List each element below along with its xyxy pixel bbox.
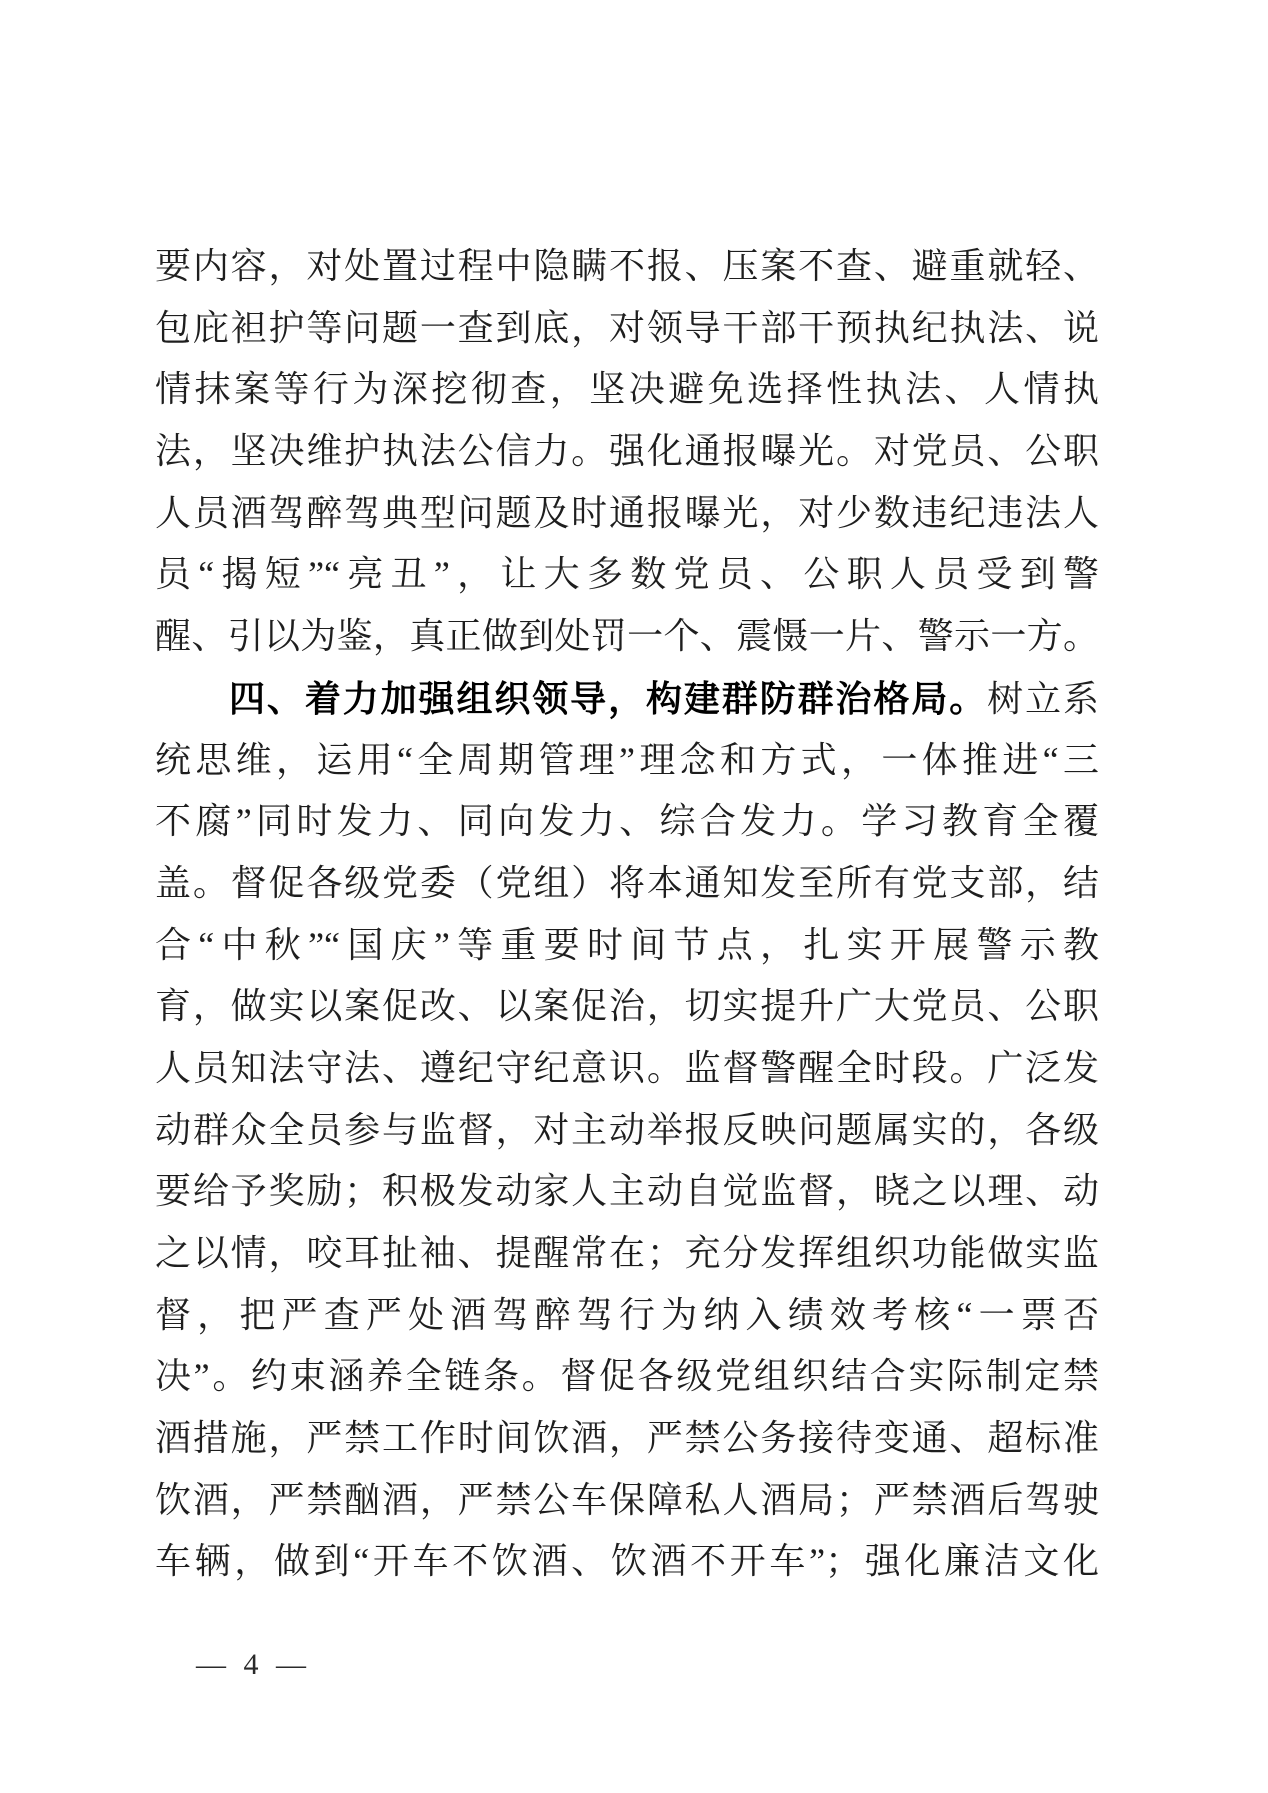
text-line-19: 决”。约束涵养全链条。督促各级党组织结合实际制定禁	[155, 1346, 1099, 1408]
body-text: 车辆，做到“开车不饮酒、饮酒不开车”；强化廉洁文化	[155, 1541, 1099, 1581]
body-text: 人员酒驾醉驾典型问题及时通报曝光，对少数违纪违法人	[155, 493, 1099, 533]
body-text: 育，做实以案促改、以案促治，切实提升广大党员、公职	[155, 986, 1099, 1026]
text-line-21: 饮酒，严禁酗酒，严禁公车保障私人酒局；严禁酒后驾驶	[155, 1470, 1099, 1532]
text-line-20: 酒措施，严禁工作时间饮酒，严禁公务接待变通、超标准	[155, 1408, 1099, 1470]
text-line-17: 之以情，咬耳扯袖、提醒常在；充分发挥组织功能做实监	[155, 1223, 1099, 1285]
body-text: 包庇袒护等问题一查到底，对领导干部干预执纪执法、说	[155, 308, 1099, 348]
text-line-10: 不腐”同时发力、同向发力、综合发力。学习教育全覆	[155, 791, 1099, 853]
document-page: 要内容，对处置过程中隐瞒不报、压案不查、避重就轻、包庇袒护等问题一查到底，对领导…	[0, 0, 1268, 1793]
body-text: 酒措施，严禁工作时间饮酒，严禁公务接待变通、超标准	[155, 1418, 1099, 1458]
text-line-15: 动群众全员参与监督，对主动举报反映问题属实的，各级	[155, 1100, 1099, 1162]
text-line-9: 统思维，运用“全周期管理”理念和方式，一体推进“三	[155, 730, 1099, 792]
text-line-22: 车辆，做到“开车不饮酒、饮酒不开车”；强化廉洁文化	[155, 1531, 1099, 1593]
body-text: 之以情，咬耳扯袖、提醒常在；充分发挥组织功能做实监	[155, 1233, 1099, 1273]
text-line-16: 要给予奖励；积极发动家人主动自觉监督，晓之以理、动	[155, 1161, 1099, 1223]
body-text: 不腐”同时发力、同向发力、综合发力。学习教育全覆	[155, 801, 1099, 841]
text-line-12: 合“中秋”“国庆”等重要时间节点，扎实开展警示教	[155, 915, 1099, 977]
text-line-13: 育，做实以案促改、以案促治，切实提升广大党员、公职	[155, 976, 1099, 1038]
body-text: 饮酒，严禁酗酒，严禁公车保障私人酒局；严禁酒后驾驶	[155, 1480, 1099, 1520]
body-text: 要内容，对处置过程中隐瞒不报、压案不查、避重就轻、	[155, 246, 1099, 286]
body-text: 统思维，运用“全周期管理”理念和方式，一体推进“三	[155, 740, 1099, 780]
text-line-7: 醒、引以为鉴，真正做到处罚一个、震慑一片、警示一方。	[155, 606, 1099, 668]
text-line-1: 要内容，对处置过程中隐瞒不报、压案不查、避重就轻、	[155, 236, 1099, 298]
body-text: 情抹案等行为深挖彻查，坚决避免选择性执法、人情执	[155, 369, 1099, 409]
text-line-18: 督，把严查严处酒驾醉驾行为纳入绩效考核“一票否	[155, 1285, 1099, 1347]
text-line-14: 人员知法守法、遵纪守纪意识。监督警醒全时段。广泛发	[155, 1038, 1099, 1100]
body-text: 醒、引以为鉴，真正做到处罚一个、震慑一片、警示一方。	[155, 616, 1099, 656]
text-line-11: 盖。督促各级党委（党组）将本通知发至所有党支部，结	[155, 853, 1099, 915]
body-text: 决”。约束涵养全链条。督促各级党组织结合实际制定禁	[155, 1356, 1099, 1396]
text-line-2: 包庇袒护等问题一查到底，对领导干部干预执纪执法、说	[155, 298, 1099, 360]
text-line-6: 员“揭短”“亮丑”，让大多数党员、公职人员受到警	[155, 544, 1099, 606]
heading-text: 四、着力加强组织领导，构建群防群治格局。	[229, 678, 987, 719]
text-line-5: 人员酒驾醉驾典型问题及时通报曝光，对少数违纪违法人	[155, 483, 1099, 545]
body-text: 督，把严查严处酒驾醉驾行为纳入绩效考核“一票否	[155, 1295, 1099, 1335]
body-text: 要给予奖励；积极发动家人主动自觉监督，晓之以理、动	[155, 1171, 1099, 1211]
body-text: 法，坚决维护执法公信力。强化通报曝光。对党员、公职	[155, 431, 1099, 471]
body-text: 合“中秋”“国庆”等重要时间节点，扎实开展警示教	[155, 925, 1099, 965]
text-line-4: 法，坚决维护执法公信力。强化通报曝光。对党员、公职	[155, 421, 1099, 483]
text-line-8: 四、着力加强组织领导，构建群防群治格局。树立系	[155, 668, 1099, 730]
body-text: 动群众全员参与监督，对主动举报反映问题属实的，各级	[155, 1110, 1099, 1150]
body-text: 树立系	[987, 679, 1099, 719]
document-body: 要内容，对处置过程中隐瞒不报、压案不查、避重就轻、包庇袒护等问题一查到底，对领导…	[155, 236, 1099, 1593]
body-text: 员“揭短”“亮丑”，让大多数党员、公职人员受到警	[155, 554, 1099, 594]
body-text: 盖。督促各级党委（党组）将本通知发至所有党支部，结	[155, 863, 1099, 903]
page-number: — 4 —	[196, 1645, 311, 1685]
text-line-3: 情抹案等行为深挖彻查，坚决避免选择性执法、人情执	[155, 359, 1099, 421]
body-text: 人员知法守法、遵纪守纪意识。监督警醒全时段。广泛发	[155, 1048, 1099, 1088]
